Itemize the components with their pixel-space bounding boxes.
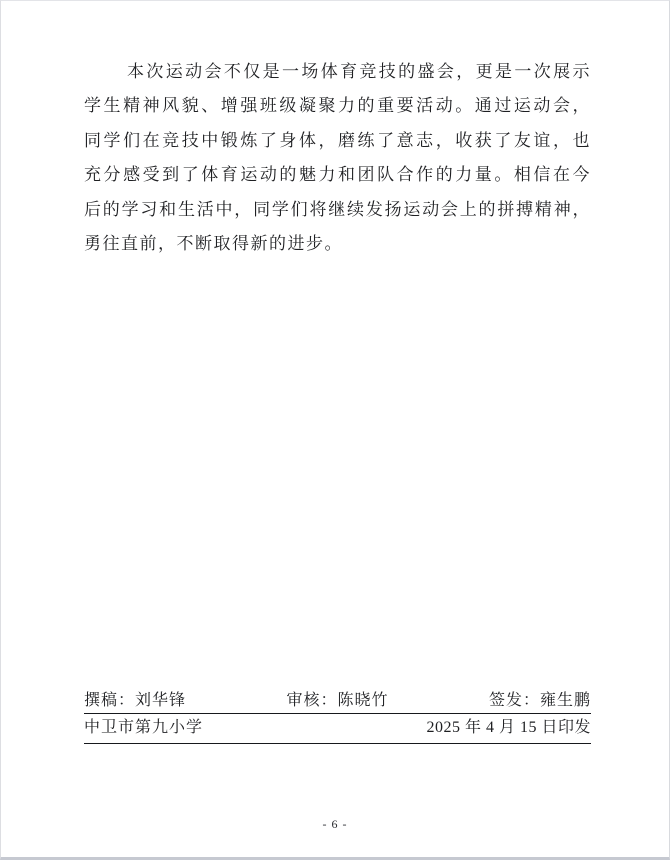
issue-row: 中卫市第九小学 2025 年 4 月 15 日印发 (84, 714, 591, 744)
paragraph-line: 充分感受到了体育运动的魅力和团队合作的力量。相信在今 (84, 158, 591, 192)
issuer-credit: 签发：雍生鹏 (489, 691, 591, 710)
paragraph-line: 同学们在竞技中锻炼了身体，磨练了意志，收获了友谊，也 (84, 124, 591, 158)
signature-row: 撰稿：刘华锋 审核：陈晓竹 签发：雍生鹏 (84, 691, 591, 714)
print-date: 2025 年 4 月 15 日印发 (426, 714, 591, 743)
organization-name: 中卫市第九小学 (84, 714, 203, 743)
paragraph-line: 勇往直前，不断取得新的进步。 (84, 227, 591, 261)
document-page: 本次运动会不仅是一场体育竞技的盛会，更是一次展示 学生精神风貌、增强班级凝聚力的… (0, 0, 670, 860)
document-footer: 撰稿：刘华锋 审核：陈晓竹 签发：雍生鹏 中卫市第九小学 2025 年 4 月 … (84, 691, 591, 744)
paragraph-line: 本次运动会不仅是一场体育竞技的盛会，更是一次展示 (84, 55, 591, 89)
paragraph: 本次运动会不仅是一场体育竞技的盛会，更是一次展示 学生精神风貌、增强班级凝聚力的… (84, 55, 591, 261)
page-number: - 6 - (1, 817, 669, 831)
drafter-credit: 撰稿：刘华锋 (84, 691, 186, 710)
paragraph-line: 学生精神风貌、增强班级凝聚力的重要活动。通过运动会， (84, 89, 591, 123)
paragraph-line: 后的学习和生活中，同学们将继续发扬运动会上的拼搏精神， (84, 193, 591, 227)
reviewer-credit: 审核：陈晓竹 (286, 691, 388, 710)
